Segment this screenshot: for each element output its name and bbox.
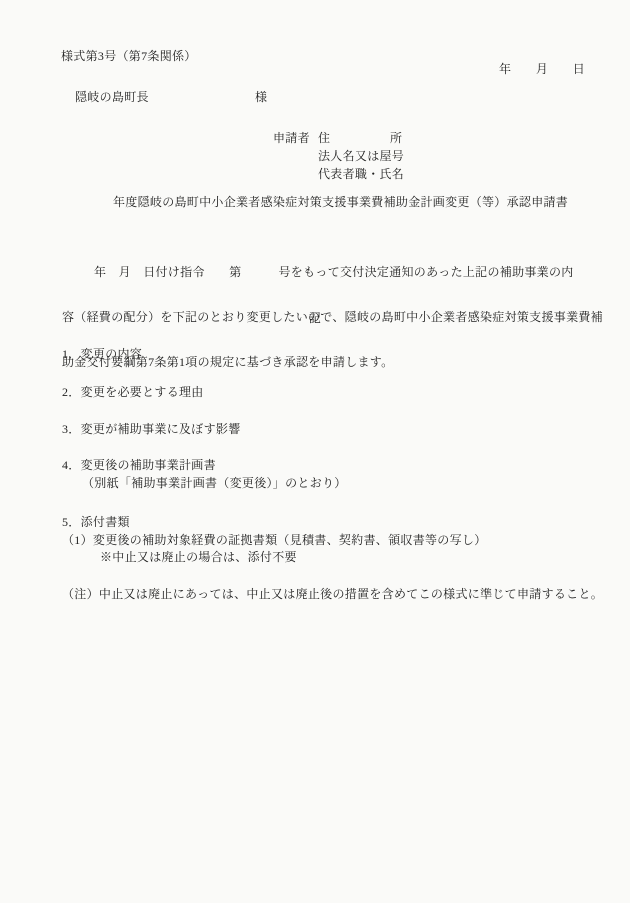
document-title: 年度隠岐の島町中小企業者感染症対策支援事業費補助金計画変更（等）承認申請書 <box>113 196 568 209</box>
footnote: （注）中止又は廃止にあっては、中止又は廃止後の措置を含めてこの様式に準じて申請す… <box>62 588 603 601</box>
applicant-representative-label: 代表者職・氏名 <box>318 168 404 181</box>
list-item-5: 5．添付書類 <box>62 516 130 529</box>
list-item-5-subline-1: （1）変更後の補助対象経費の証拠書類（見積書、契約書、領収書等の写し） <box>62 534 487 547</box>
applicant-corporate-name-label: 法人名又は屋号 <box>318 150 404 163</box>
form-number: 様式第3号（第7条関係） <box>61 50 197 63</box>
applicant-address-label-right: 所 <box>390 132 402 145</box>
list-item-3: 3．変更が補助事業に及ぼす影響 <box>62 423 241 436</box>
recipient-honorific: 様 <box>255 91 267 104</box>
ki-heading: 記 <box>0 312 630 325</box>
body-paragraph-line: 年 月 日付け指令 第 号をもって交付決定通知のあった上記の補助事業の内 <box>62 263 594 282</box>
list-item-2: 2．変更を必要とする理由 <box>62 386 204 399</box>
applicant-label: 申請者 <box>273 132 310 145</box>
list-item-5-subline-2: ※中止又は廃止の場合は、添付不要 <box>100 551 297 564</box>
document-page: 様式第3号（第7条関係） 年 月 日 隠岐の島町長 様 申請者 住 所 法人名又… <box>0 0 630 903</box>
list-item-4: 4．変更後の補助事業計画書 <box>62 459 216 472</box>
list-item-4-subline: （別紙「補助事業計画書（変更後）」のとおり） <box>82 477 347 490</box>
applicant-address-label-left: 住 <box>318 132 330 145</box>
date-blank-line: 年 月 日 <box>499 63 585 76</box>
list-item-1: 1．変更の内容 <box>62 348 142 361</box>
recipient-name: 隠岐の島町長 <box>75 91 149 104</box>
